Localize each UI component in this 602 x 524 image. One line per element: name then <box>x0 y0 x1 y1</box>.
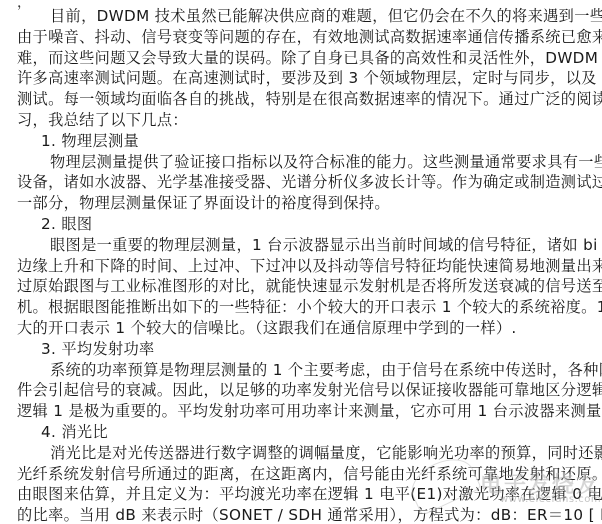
text-line: 的比率。当用 dB 来表示时（SONET / SDH 通常采用），方程式为：dB… <box>17 502 597 524</box>
document-page: ， 目前，DWDM 技术虽然已能解决供应商的难题，但它仍会在不久的将来遇到一些障… <box>0 0 602 524</box>
previous-line-fragment: ， <box>17 0 27 2</box>
